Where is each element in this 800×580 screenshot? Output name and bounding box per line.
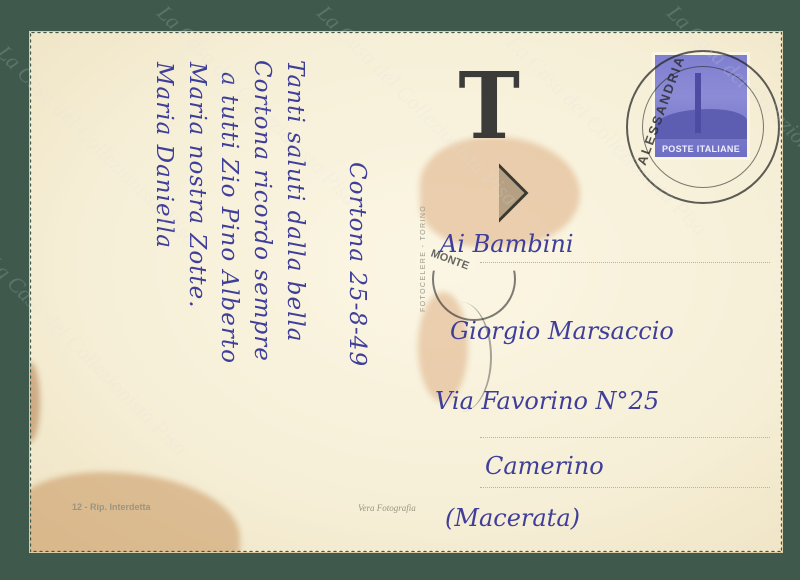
stain [30,472,240,552]
deckle-edge-bottom [30,549,782,552]
message-line: Tanti saluti dalla bella [282,60,308,343]
address-line: Via Favorino N°25 [435,387,659,415]
address-line: Camerino [485,452,604,480]
address-rule [480,262,770,263]
publisher-imprint: FOTOCELERE - TORINO [420,205,427,312]
message-line: Maria nostra Zotte. [184,62,210,309]
address-line: Giorgio Marsaccio [450,317,674,345]
message-line: Cortona ricordo sempre [249,60,275,362]
deckle-edge-right [779,32,782,552]
imprint-reproduction-notice: 12 - Rip. Interdetta [72,502,151,512]
address-rule [480,437,770,438]
imprint-vera-fotografia: Vera Fotografia [358,503,416,513]
postage-due-mark: T [458,60,520,152]
postmark-circle: ALESSANDRIA [626,50,780,204]
deckle-edge-left [30,32,33,552]
postcard: Tanti saluti dalla bella Cortona ricordo… [30,32,782,552]
address-rule [480,487,770,488]
message-line: a tutti Zio Pino Alberto [216,72,242,364]
message-line: Maria Daniella [151,62,177,249]
message-place-date: Cortona 25-8-49 [344,162,370,367]
address-line: (Macerata) [445,504,580,532]
postmark-text: ALESSANDRIA [634,53,688,167]
address-line: Ai Bambini [440,230,574,258]
deckle-edge-top [30,32,782,35]
